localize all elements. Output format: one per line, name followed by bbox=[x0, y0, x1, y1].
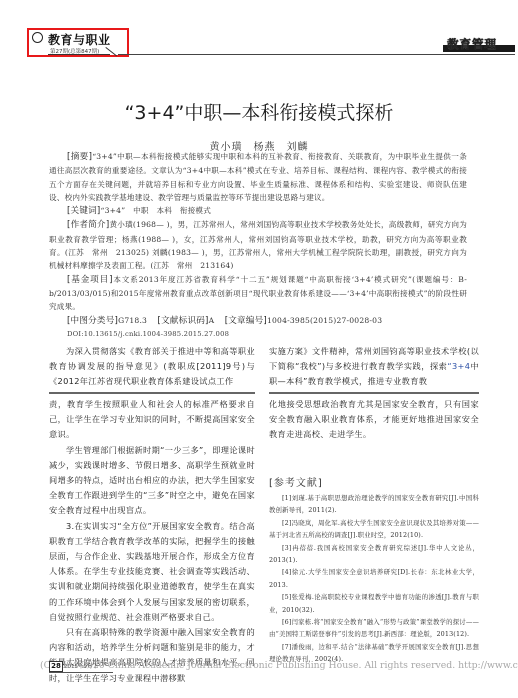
column-separator-left bbox=[49, 392, 255, 394]
classification-line: [中图分类号]G718.3 [文献标识码]A [文章编号]1004-3985(2… bbox=[49, 314, 467, 328]
article-title: “3+4”中职—本科衔接模式探析 bbox=[0, 98, 518, 125]
fund: [基金项目]本文系2013年度江苏省教育科学“十二五”规划课题“中高职衔接‘3+… bbox=[49, 273, 467, 314]
author-intro-label: [作者简介] bbox=[67, 220, 109, 230]
reference-item: [1]刘瑾.基于高职思想政治理论教学的国家安全教育研究[J].中国科教创新导刊，… bbox=[269, 492, 479, 517]
abstract-label: [摘要] bbox=[67, 152, 92, 162]
keywords: [关键词]“3+4” 中职 本科 衔接模式 bbox=[49, 204, 467, 218]
body-left-column: 责，教育学生按照职业人和社会人的标准严格要求自己，让学生在学习专业知识的同时，不… bbox=[49, 397, 255, 686]
intro-right-paragraph: 实施方案》文件精神，常州刘国钧高等职业技术学校(以下简称“我校”)与多校进行教育… bbox=[269, 344, 479, 390]
body-paragraph: 化地接受思想政治教育尤其是国家安全教育，只有国家安全教育融入职业教育体系，才能更… bbox=[269, 397, 479, 443]
issue-date: 2015年9月下 bbox=[64, 662, 98, 670]
column-separator-right bbox=[269, 392, 479, 394]
header-rule bbox=[118, 54, 515, 55]
copyright-notice: (C)1994-2020 China Academic Journal Elec… bbox=[40, 660, 518, 671]
body-right-column: 化地接受思想政治教育尤其是国家安全教育，只有国家安全教育融入职业教育体系，才能更… bbox=[269, 397, 479, 443]
intro-right: 实施方案》文件精神，常州刘国钧高等职业技术学校(以下简称“我校”)与多校进行教育… bbox=[269, 344, 479, 390]
section-tag: 教育管理 bbox=[447, 36, 497, 52]
doc-code-label: [文献标识码] bbox=[158, 316, 209, 326]
intro-left-text: 为深入贯彻落实《教育部关于推进中等和高等职业教育协调发展的指导意见》(教职成[2… bbox=[49, 344, 255, 390]
journal-name: 教育与职业 bbox=[48, 31, 111, 48]
abstract: [摘要]“3+4”中职—本科衔接模式能够实现中职和本科的互补教育、衔接教育、关联… bbox=[49, 150, 467, 204]
reference-item: [5]张爱梅.论高职院校专业课程教学中德育功能的渗透[J].教育与职业，2010… bbox=[269, 591, 479, 616]
fund-text: 本文系2013年度江苏省教育科学“十二五”规划课题“中高职衔接‘3+4’模式研究… bbox=[49, 275, 467, 312]
keywords-label: [关键词] bbox=[67, 206, 101, 216]
reference-item: [4]徐元.大学生国家安全意识培养研究[D].长春：东北林业大学，2013. bbox=[269, 566, 479, 591]
reference-item: [3]冉蓓蓓.我国高校国家安全教育研究综述[J].华中人文论丛，2013(1). bbox=[269, 542, 479, 567]
article-no-value: 1004-3985(2015)27-0028-03 bbox=[267, 316, 382, 325]
doi: DOI:10.13615/j.cnki.1004-3985.2015.27.00… bbox=[49, 328, 467, 341]
article-no-label: [文章编号] bbox=[225, 316, 267, 326]
page-number: 28 bbox=[49, 661, 63, 672]
references-list: [1]刘瑾.基于高职思想政治理论教学的国家安全教育研究[J].中国科教创新导刊，… bbox=[269, 492, 479, 666]
doc-code-value: A bbox=[209, 316, 215, 325]
references-heading: [参考文献] bbox=[269, 474, 323, 489]
reference-item: [6]闫家栋.将“国家安全教育”融入“形势与政策”课堂教学的探讨——由“美国特工… bbox=[269, 616, 479, 641]
clc-label: [中图分类号] bbox=[67, 316, 118, 326]
body-paragraph: 责，教育学生按照职业人和社会人的标准严格要求自己，让学生在学习专业知识的同时，不… bbox=[49, 397, 255, 443]
journal-emblem-icon bbox=[32, 32, 43, 43]
fund-label: [基金项目] bbox=[67, 275, 113, 285]
footer-underline bbox=[49, 672, 113, 673]
keywords-text: “3+4” 中职 本科 衔接模式 bbox=[101, 206, 212, 215]
author-intro: [作者简介]黄小璜(1968— )，男，江苏常州人，常州刘国钧高等职业技术学校教… bbox=[49, 218, 467, 272]
body-paragraph: 只有在高职特殊的教学资源中融入国家安全教育的内容和活动，培养学生分析问题和鉴别是… bbox=[49, 625, 255, 686]
body-paragraph: 学生管理部门根据新时期“一少三多”，即理论课时减少，实践课时增多、节假日增多、高… bbox=[49, 443, 255, 519]
article-meta: [摘要]“3+4”中职—本科衔接模式能够实现中职和本科的互补教育、衔接教育、关联… bbox=[49, 150, 467, 341]
intro-right-highlight: “3+4 bbox=[447, 361, 470, 371]
clc-value: G718.3 bbox=[118, 316, 147, 325]
body-paragraph: 3.在实训实习“全方位”开展国家安全教育。结合高职教育工学结合教育教学改革的实际… bbox=[49, 519, 255, 625]
logo-underline bbox=[48, 54, 110, 55]
author-intro-text: 黄小璜(1968— )，男，江苏常州人，常州刘国钧高等职业技术学校教务处处长，高… bbox=[49, 220, 467, 270]
reference-item: [2]冯晓岚，周化军.高校大学生国家安全意识现状及其培养对策——基于河北省五所高… bbox=[269, 517, 479, 542]
intro-left: 为深入贯彻落实《教育部关于推进中等和高等职业教育协调发展的指导意见》(教职成[2… bbox=[49, 344, 255, 390]
abstract-text: “3+4”中职—本科衔接模式能够实现中职和本科的互补教育、衔接教育、关联教育，为… bbox=[49, 152, 467, 202]
